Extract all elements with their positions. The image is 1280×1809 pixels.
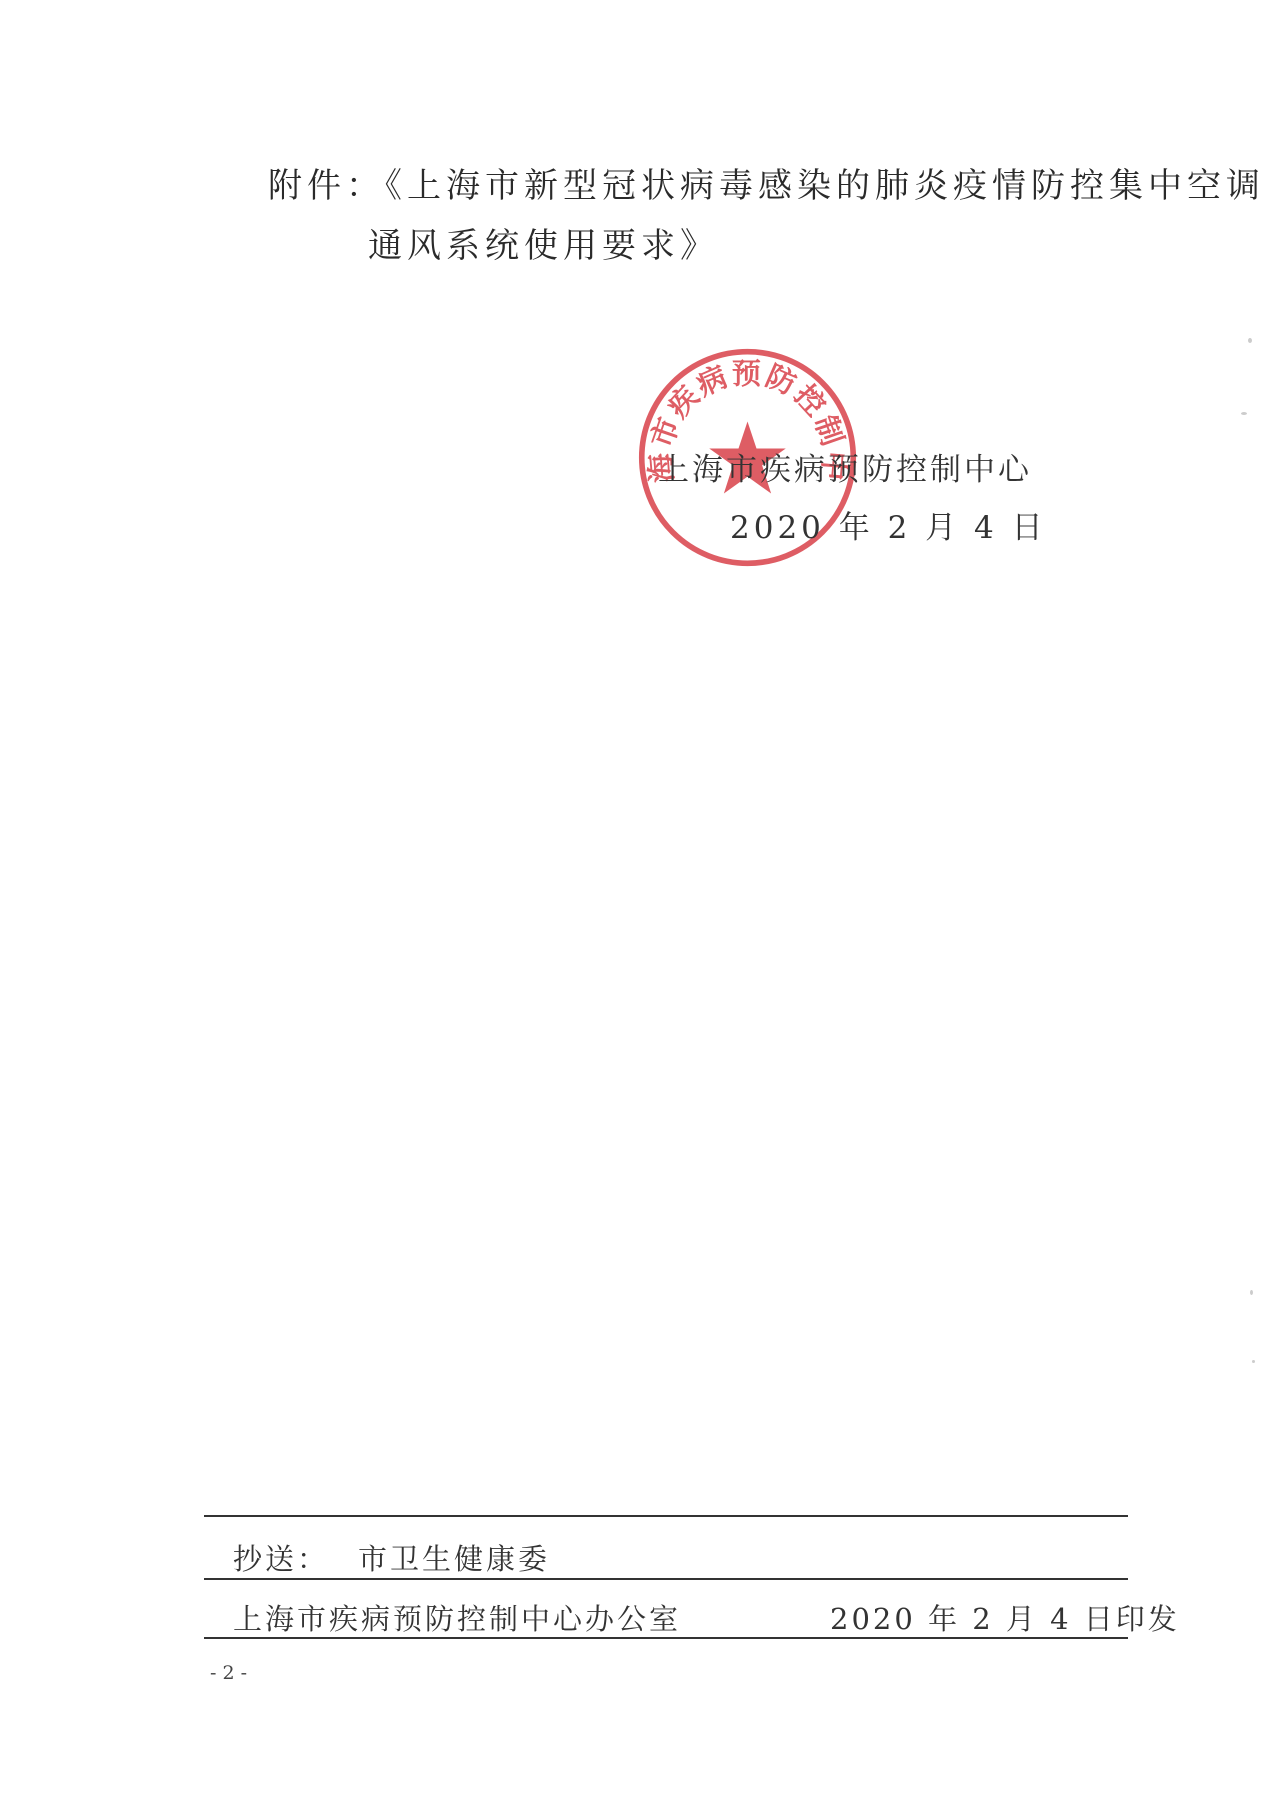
cc-label: 抄送： [233,1537,329,1578]
attachment-line-1: 附件：《上海市新型冠状病毒感染的肺炎疫情防控集中空调 [268,158,1265,207]
footer-rule-top [204,1515,1128,1517]
attachment-title-part-1: 《上海市新型冠状病毒感染的肺炎疫情防控集中空调 [385,166,1265,206]
scan-speck [1248,338,1252,343]
attachment-label: 附件： [268,166,385,206]
signing-date: 2020 年 2 月 4 日 [730,502,1047,547]
scan-speck [1250,1290,1253,1295]
footer-rule-middle [204,1578,1128,1580]
issuing-office: 上海市疾病预防控制中心办公室 [233,1597,681,1638]
issue-date: 2020 年 2 月 4 日印发 [830,1597,1180,1638]
scan-speck [1252,1360,1255,1363]
scan-speck [1241,412,1247,415]
signing-organization: 上海市疾病预防控制中心 [658,444,1032,489]
page-number: - 2 - [210,1662,247,1684]
footer-rule-bottom [204,1637,1128,1639]
attachment-title-part-2: 通风系统使用要求》 [368,218,719,267]
cc-recipient: 市卫生健康委 [358,1537,550,1578]
